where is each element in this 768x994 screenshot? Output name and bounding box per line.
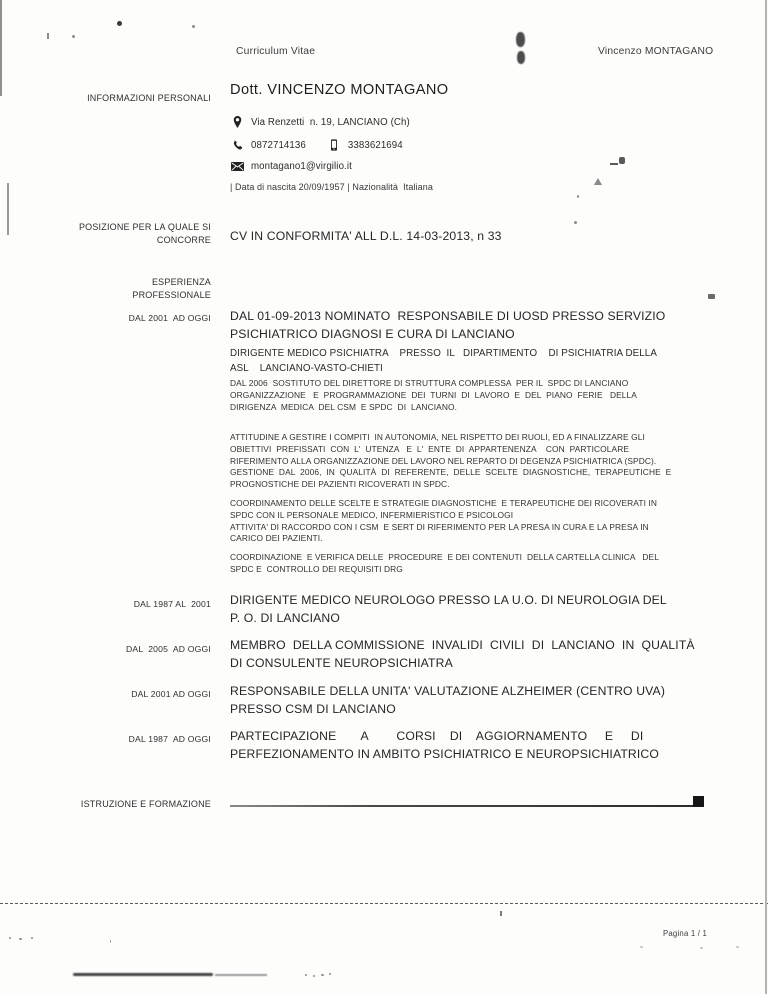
experience-paragraph: DAL 2006 SOSTITUTO DEL DIRETTORE DI STRU… [230,378,716,413]
page-number: Pagina 1 / 1 [663,929,707,938]
bottom-smudge-line [73,973,213,976]
email-row: montagano1@virgilio.it [230,161,352,172]
scan-speck [110,940,111,943]
pencil-mark [708,294,715,299]
experience-period: DAL 2001 AD OGGI [0,313,211,323]
scan-speck [700,947,703,949]
phone-icon [230,140,244,151]
scan-speck [9,937,11,939]
scan-speck [19,938,22,940]
experience-title: RESPONSABILE DELLA UNITA' VALUTAZIONE AL… [230,683,714,718]
pencil-mark [610,163,618,165]
section-label-posizione: POSIZIONE PER LA QUALE SI CONCORRE [0,221,211,246]
address-text: Via Renzetti n. 19, LANCIANO (Ch) [251,117,410,128]
scan-speck [577,195,579,198]
mobile-number: 3383621694 [348,140,403,151]
email-address: montagano1@virgilio.it [251,161,352,172]
scan-speck [640,946,643,948]
scan-speck [305,974,307,976]
rule-end-square [693,796,704,807]
section-label-istruzione: ISTRUZIONE E FORMAZIONE [0,798,211,811]
section-label-informazioni-personali: INFORMAZIONI PERSONALI [0,92,211,105]
scan-speck [117,21,122,26]
experience-subtitle: DIRIGENTE MEDICO PSICHIATRA PRESSO IL DI… [230,347,714,376]
document-title: Curriculum Vitae [236,46,315,57]
page-break-dashed-line [0,903,768,904]
pencil-mark [594,178,602,185]
scan-edge-line-right [765,0,767,994]
experience-title: DAL 01-09-2013 NOMINATO RESPONSABILE DI … [230,308,714,343]
scan-speck [321,974,324,976]
address-row: Via Renzetti n. 19, LANCIANO (Ch) [230,116,410,128]
scan-speck [31,937,33,939]
scan-edge-mark-left [0,0,2,96]
scan-speck [574,221,577,224]
birth-nationality-line: | Data di nascita 20/09/1957 | Nazionali… [230,182,433,192]
person-name-heading: Dott. VINCENZO MONTAGANO [230,82,449,98]
scan-speck [47,33,49,39]
scan-speck [329,973,331,975]
phone-number: 0872714136 [251,140,306,151]
experience-paragraph: COORDINAZIONE E VERIFICA DELLE PROCEDURE… [230,552,716,576]
cv-scanned-page: Curriculum Vitae Vincenzo MONTAGANO INFO… [0,0,768,994]
experience-period: DAL 1987 AD OGGI [0,734,211,744]
experience-period: DAL 1987 AL 2001 [0,599,211,609]
ink-smudge [517,51,525,64]
ink-smudge [516,32,525,47]
phone-row: 0872714136 3383621694 [230,139,403,151]
scan-speck [192,25,195,28]
experience-title: PARTECIPAZIONE A CORSI DI AGGIORNAMENTO … [230,728,714,763]
scan-speck [313,975,315,977]
scan-speck [736,946,739,948]
experience-title: DIRIGENTE MEDICO NEUROLOGO PRESSO LA U.O… [230,592,714,627]
mobile-phone-icon [327,139,341,151]
experience-period: DAL 2005 AD OGGI [0,644,211,654]
experience-paragraph: ATTITUDINE A GESTIRE I COMPITI IN AUTONO… [230,432,716,491]
section-rule-line [230,805,693,807]
envelope-icon [230,162,244,171]
location-pin-icon [230,116,244,128]
experience-period: DAL 2001 AD OGGI [0,689,211,699]
pencil-mark [619,157,625,164]
header-author-name: Vincenzo MONTAGANO [598,46,713,57]
section-label-esperienza: ESPERIENZA PROFESSIONALE [0,276,211,301]
experience-title: MEMBRO DELLA COMMISSIONE INVALIDI CIVILI… [230,637,714,672]
bottom-smudge-line [215,974,267,976]
experience-paragraph: COORDINAMENTO DELLE SCELTE E STRATEGIE D… [230,498,716,545]
scan-speck [72,35,75,38]
scan-speck [500,911,502,916]
position-value: CV IN CONFORMITA' ALL D.L. 14-03-2013, n… [230,228,714,246]
